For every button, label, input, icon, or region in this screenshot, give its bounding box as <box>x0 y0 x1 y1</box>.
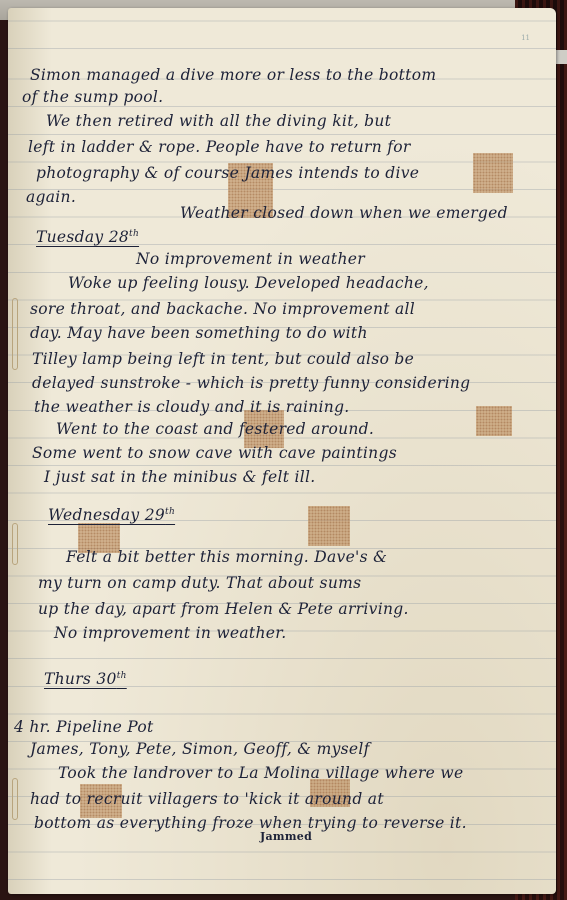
inserted-correction: Jammed <box>260 830 312 843</box>
entry-heading-thursday: Thurs 30th <box>44 670 127 688</box>
text-line: James, Tony, Pete, Simon, Geoff, & mysel… <box>30 740 370 758</box>
entry-heading-tuesday: Tuesday 28th <box>36 228 139 246</box>
text-line: of the sump pool. <box>22 88 163 106</box>
text-line: photography & of course James intends to… <box>36 164 419 182</box>
text-line: delayed sunstroke - which is pretty funn… <box>32 374 470 392</box>
text-line: Felt a bit better this morning. Dave's & <box>66 548 387 566</box>
notebook-page: 11 Simon managed a dive more or less to … <box>8 8 556 894</box>
text-line: Went to the coast and festered around. <box>56 420 374 438</box>
text-line: Some went to snow cave with cave paintin… <box>32 444 397 462</box>
text-line: We then retired with all the diving kit,… <box>46 112 391 130</box>
text-line: Tilley lamp being left in tent, but coul… <box>32 350 414 368</box>
text-line: Simon managed a dive more or less to the… <box>30 66 436 84</box>
text-line: sore throat, and backache. No improvemen… <box>30 300 415 318</box>
text-line: Weather closed down when we emerged <box>180 204 508 222</box>
handwritten-text: Simon managed a dive more or less to the… <box>8 8 556 894</box>
text-line: day. May have been something to do with <box>30 324 368 342</box>
text-line: again. <box>26 188 76 206</box>
text-line: No improvement in weather. <box>54 624 286 642</box>
text-line: bottom as everything froze when trying t… <box>34 814 467 832</box>
text-line: up the day, apart from Helen & Pete arri… <box>38 600 409 618</box>
text-line: Woke up feeling lousy. Developed headach… <box>68 274 429 292</box>
entry-heading-wednesday: Wednesday 29th <box>48 506 175 524</box>
text-line: 4 hr. Pipeline Pot <box>14 718 154 736</box>
text-line: No improvement in weather <box>136 250 365 268</box>
text-line: the weather is cloudy and it is raining. <box>34 398 350 416</box>
text-line: I just sat in the minibus & felt ill. <box>44 468 316 486</box>
text-line: left in ladder & rope. People have to re… <box>28 138 411 156</box>
text-line: had to recruit villagers to 'kick it aro… <box>30 790 384 808</box>
text-line: my turn on camp duty. That about sums <box>38 574 361 592</box>
text-line: Took the landrover to La Molina village … <box>58 764 463 782</box>
